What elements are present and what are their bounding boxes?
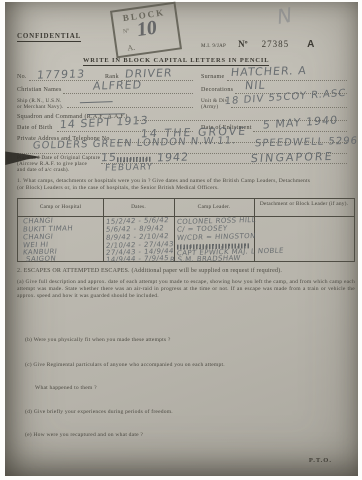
question2a-text: (a) Give full description and approx. da… bbox=[17, 279, 355, 300]
stamp-letter: A. bbox=[127, 43, 136, 53]
capture-month-value: FEBUARY bbox=[104, 162, 153, 173]
paper-sheet: CONFIDENTIAL BLOCK Nº 10 A. M.I. 9/JAP N… bbox=[5, 2, 358, 476]
pencil-scribble: N bbox=[277, 3, 291, 30]
question2e-text: (e) How were you recaptured and on what … bbox=[25, 432, 355, 439]
capture-place-value: SINGAPORE bbox=[250, 150, 334, 165]
ship-label-line2: or Merchant Navy). bbox=[17, 104, 63, 110]
question2b-text: (b) Were you physically fit when you mad… bbox=[25, 337, 355, 344]
table-row-dates: 14/9/44 - 7/9/45 bbox=[106, 254, 170, 264]
scanned-pow-questionnaire: CONFIDENTIAL BLOCK Nº 10 A. M.I. 9/JAP N… bbox=[0, 0, 362, 480]
pto-label: P.T.O. bbox=[309, 457, 332, 464]
stamp-block-number-handwritten: 10 bbox=[137, 16, 157, 42]
surname-value: HATCHER. A bbox=[230, 64, 307, 79]
capture-day-value: 15 bbox=[100, 151, 117, 164]
ref-no-label: Nº bbox=[238, 39, 247, 49]
reference-number: M.I. 9/JAP Nº 27385 A bbox=[201, 34, 314, 52]
phone-value: SPEEDWELL 5296 bbox=[254, 136, 358, 150]
header-camp-or-hospital: Camp or Hospital bbox=[18, 204, 103, 210]
question2-heading: 2. ESCAPES OR ATTEMPTED ESCAPES. (Additi… bbox=[17, 268, 355, 275]
question1-line1: 1. What camps, detachments or hospitals … bbox=[17, 178, 355, 185]
christian-names-value: ALFRED bbox=[92, 78, 142, 92]
capture-year-value: 1942 bbox=[156, 151, 189, 165]
question1-line2: (or Block) Leaders or, in the case of ho… bbox=[17, 185, 355, 192]
ref-number: 27385 bbox=[262, 39, 290, 49]
table-row-leader: R.S.M. BRADSHAW bbox=[170, 254, 242, 264]
header-camp-leader: Camp Leader. bbox=[174, 204, 254, 210]
table-row-leader: W/CDR = HINGSTON bbox=[177, 232, 257, 242]
header-detachment-leader: Detachment or Block Leader (if any). bbox=[258, 201, 350, 207]
no-label: No. bbox=[17, 74, 27, 80]
form-instruction-heading: WRITE IN BLOCK CAPITAL LETTERS IN PENCIL bbox=[83, 57, 269, 66]
decorations-label: Decorations bbox=[201, 87, 233, 93]
decorations-value: NIL bbox=[244, 79, 266, 93]
date-of-birth-label: Date of Birth bbox=[17, 125, 53, 131]
unit-value: 18 DIV 55COY R.ASC bbox=[224, 88, 347, 107]
ref-suffix: A bbox=[307, 39, 314, 50]
camps-table: Camp or Hospital Dates. Camp Leader. Det… bbox=[17, 198, 355, 262]
question2c-followup: What happened to them ? bbox=[35, 385, 355, 392]
ref-prefix: M.I. 9/JAP bbox=[201, 44, 226, 49]
table-row-camp: SAIGON bbox=[26, 255, 57, 264]
scratched-out-word bbox=[117, 157, 151, 163]
unit-label-line2: (Army) bbox=[201, 104, 218, 110]
christian-names-label: Christian Names bbox=[17, 87, 62, 93]
unit-line bbox=[231, 106, 347, 108]
confidential-label: CONFIDENTIAL bbox=[17, 32, 81, 42]
question2c-text: (c) Give Regimental particulars of anyon… bbox=[25, 362, 355, 369]
enlistment-value: 5 MAY 1940 bbox=[262, 113, 338, 131]
header-dates: Dates. bbox=[103, 204, 174, 210]
block-number-stamp: BLOCK Nº 10 A. bbox=[110, 2, 182, 59]
capture-label-line3: and date of a/c crash). bbox=[17, 167, 70, 173]
surname-label: Surname bbox=[201, 74, 224, 80]
question2d-text: (d) Give briefly your experiences during… bbox=[25, 409, 355, 416]
stamp-no-label: Nº bbox=[123, 28, 130, 35]
no-value: 177913 bbox=[36, 67, 85, 81]
